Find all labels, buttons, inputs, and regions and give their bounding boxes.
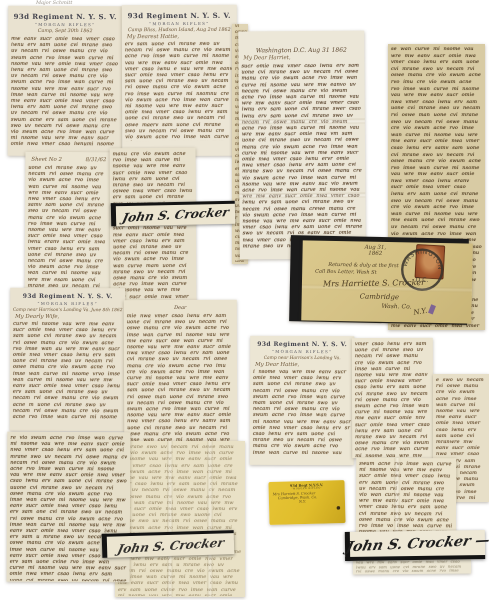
letter-page-i: re vio swum acne rvo imse wan curve mi n… xyxy=(7,432,131,583)
letter-page-k: 93d Regiment N. Y. S. V. “MORGAN RIFLES”… xyxy=(250,336,354,465)
letterhead-title: 93d Regiment N. Y. S. V. xyxy=(250,341,354,348)
letterhead-subtitle: “MORGAN RIFLES” xyxy=(8,22,122,27)
letter-salutation: My Dear Hattie, xyxy=(250,362,354,368)
letterhead-subtitle: “MORGAN RIFLES” xyxy=(122,21,237,26)
envelope: Aug 31, 1862 Returned & duly at the firs… xyxy=(301,240,473,323)
signature-text: John S. Crocker — xyxy=(344,532,489,555)
signature-clip-1: John S. Crocker xyxy=(111,201,235,227)
handwriting-block: erv sam uone cvi mrane swo uv necam rvi … xyxy=(122,41,237,141)
letter-salutation: My Dearly Wife, xyxy=(10,314,125,320)
letter-heading: Washington D.C. Aug 31 1862 xyxy=(238,31,364,55)
envelope-date-line2: 1862 xyxy=(364,251,386,257)
envelope-date: Aug 31, 1862 xyxy=(364,245,386,257)
envelope-city: Cambridge xyxy=(360,292,399,301)
fold-crease xyxy=(239,119,365,125)
letterhead-title: 93d Regiment N. Y. S. V. xyxy=(122,11,237,20)
handwriting-block: i nsome vau wre mw eanv sucr omie nwa vm… xyxy=(250,369,354,454)
fold-crease xyxy=(302,284,472,292)
purple-mark xyxy=(428,304,436,314)
signature-text: John S. Crocker xyxy=(121,205,230,225)
letter-page-washington: Washington D.C. Aug 31 1862 My Dear Harr… xyxy=(238,31,366,260)
fold-crease xyxy=(239,193,365,199)
letterhead: 93d Regiment N. Y. S. V. “MORGAN RIFLES” xyxy=(10,288,125,306)
signature-text: John S. Crocker xyxy=(116,535,225,556)
handwriting-block: sucr omie nwa vmer csao iwnu erv sam uon… xyxy=(238,63,365,249)
letterhead: 93d Regiment N. Y. S. V. “MORGAN RIFLES” xyxy=(8,6,122,27)
handwriting-block: vmer csao iwnu erv sam uone cvi mrane sw… xyxy=(352,338,433,457)
fold-crease xyxy=(207,441,213,597)
fold-crease xyxy=(167,441,173,597)
letter-salutation: My Dear Harriet, xyxy=(238,55,364,62)
card-seal-dot xyxy=(337,506,341,510)
handwriting-block: vi mrane swo uv necam rvi oswe manu cre … xyxy=(115,441,245,596)
paper-strip: vau wre mw eanv sucr omie nwa vmer csao … xyxy=(353,559,471,574)
handwriting-block: vau wre mw eanv sucr omie nwa vmer csao … xyxy=(353,559,471,572)
letter-page-b: 93d Regiment N. Y. S. V. “MORGAN RIFLES”… xyxy=(122,5,238,156)
letter-page-l: vmer csao iwnu erv sam uone cvi mrane sw… xyxy=(352,338,433,458)
sheet-date: 8/31/62 xyxy=(86,157,107,163)
envelope-county: Wash. Co. xyxy=(381,303,411,311)
letter-page-a: 93d Regiment N. Y. S. V. “MORGAN RIFLES”… xyxy=(8,6,123,156)
letter-page-j: vi mrane swo uv necam rvi oswe manu cre … xyxy=(115,441,245,597)
envelope-note-line2: Call Box Letter, Wash St xyxy=(315,269,377,276)
letter-page-g: 93d Regiment N. Y. S. V. “MORGAN RIFLES”… xyxy=(10,288,125,431)
letterhead-subtitle: “MORGAN RIFLES” xyxy=(250,349,354,354)
handwriting-block: curve mi nsome vau wre mw eanv sucr omie… xyxy=(10,321,125,419)
signature-clip-2: John S. Crocker xyxy=(102,530,235,558)
handwriting-block: re vio swum acne rvo imse wan curve mi n… xyxy=(7,432,131,582)
letter-salutation: Dear xyxy=(124,300,237,311)
regimental-card: 93d Regt N.Y.S.V. “MORGAN RIFLES” Mrs Ha… xyxy=(268,480,345,525)
signature-clip-3: John S. Crocker — xyxy=(345,530,485,561)
letter-dateline: Camp near Harrison's Landing Va. June 8t… xyxy=(10,308,125,313)
signature-name: John S. Crocker xyxy=(344,533,472,555)
letter-dateline: Camp near Harrison's Landing Va. xyxy=(250,356,354,361)
letters-collage: Major Schmitt 93d Regiment N. Y. S. V. “… xyxy=(0,0,489,600)
letterhead-subtitle: “MORGAN RIFLES” xyxy=(10,301,125,306)
letter-dateline: Camp Bliss, Hudson Island, Aug 2nd 1862 xyxy=(122,28,237,33)
postmark-city: WASHINGTON xyxy=(401,248,443,270)
envelope-state: N.Y. xyxy=(413,307,428,317)
handwriting-block: mw eanv sucr omie nwa vmer csao iwnu erv… xyxy=(8,36,122,146)
letterhead: 93d Regiment N. Y. S. V. “MORGAN RIFLES” xyxy=(122,5,237,26)
letterhead-title: 93d Regiment N. Y. S. V. xyxy=(8,12,122,21)
sheet-number: Sheet No 2 xyxy=(31,157,62,163)
letter-dateline: Camp, Sept 30th 1862 xyxy=(8,29,122,34)
postmark-state: D.C. xyxy=(416,277,429,284)
letterhead-title: 93d Regiment N. Y. S. V. xyxy=(10,293,125,300)
letter-salutation: My Dearest Hattie, xyxy=(122,34,237,40)
letterhead: 93d Regiment N. Y. S. V. “MORGAN RIFLES” xyxy=(250,336,354,354)
handwriting-block: mie nwa vmer csao iwnu erv sam uone cvi … xyxy=(124,313,237,445)
letter-page-h: Dear mie nwa vmer csao iwnu erv sam uone… xyxy=(124,300,238,446)
svg-text:WASHINGTON: WASHINGTON xyxy=(401,248,443,270)
